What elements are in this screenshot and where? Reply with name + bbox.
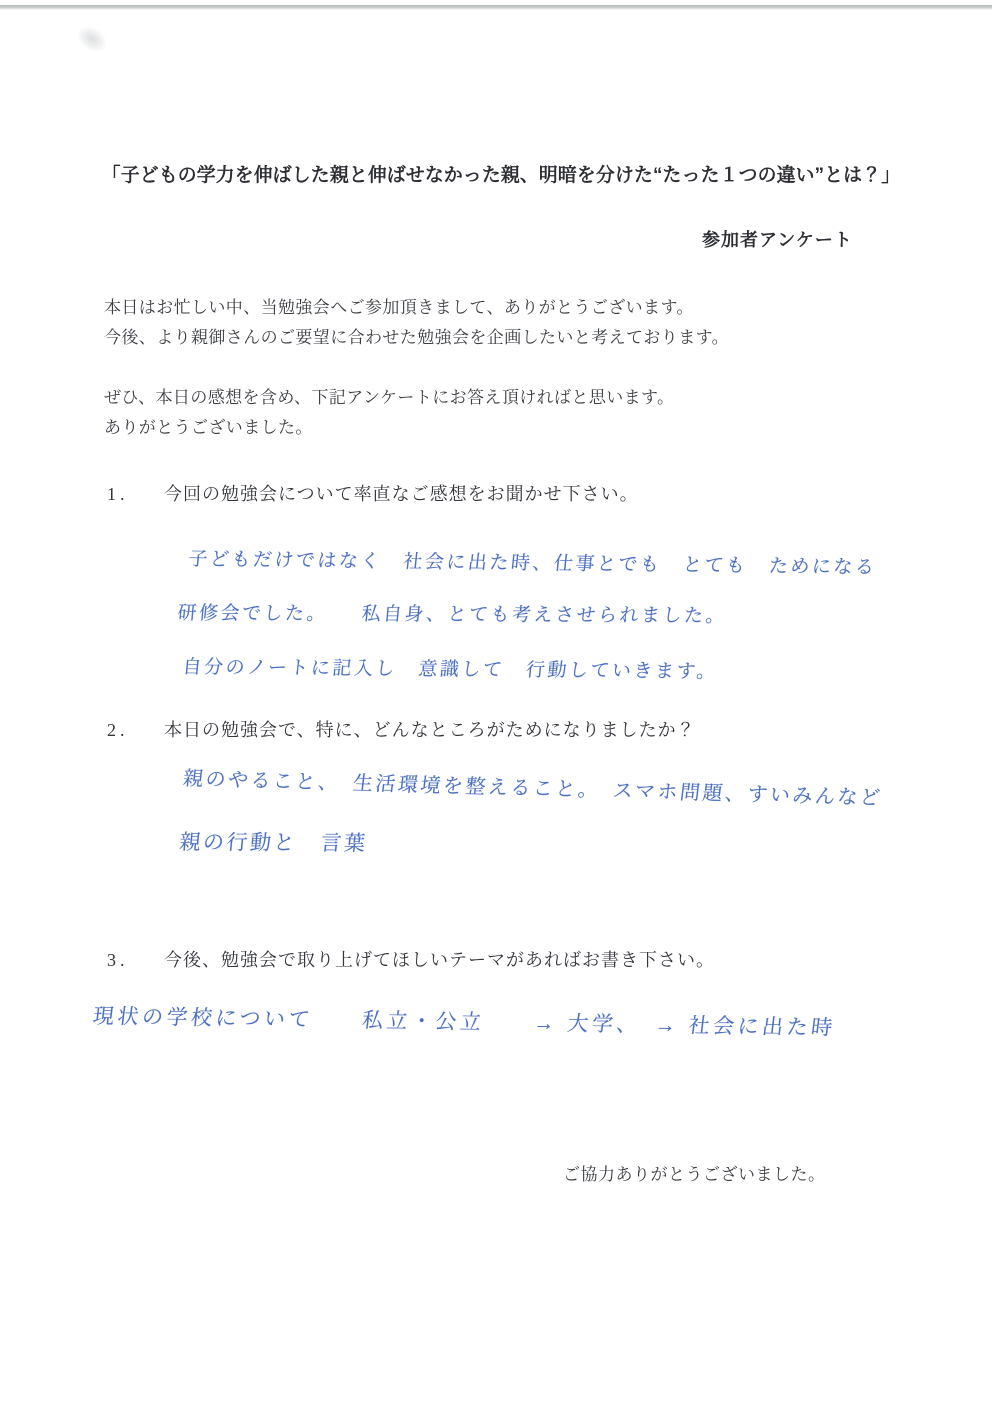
- question-3-number: 3.: [107, 950, 164, 971]
- page-title: 「子どもの学力を伸ばした親と伸ばせなかった親、明暗を分けた“たった１つの違い”と…: [100, 160, 902, 187]
- question-1: 1.今回の勉強会について率直なご感想をお聞かせ下さい。: [107, 480, 907, 506]
- handwritten-answer-q1-line3: 自分のノートに記入し 意識して 行動していきます。: [181, 652, 719, 684]
- question-2-text: 本日の勉強会で、特に、どんなところがためになりましたか？: [164, 720, 696, 740]
- intro-line-3: ぜひ、本日の感想を含め、下記アンケートにお答え頂ければと思います。: [104, 388, 674, 407]
- scanner-edge-artifact: [0, 5, 992, 10]
- handwritten-answer-q1-line1: 子どもだけではなく 社会に出た時、仕事とでも とても ためになる: [187, 544, 878, 579]
- intro-paragraph-2: ぜひ、本日の感想を含め、下記アンケートにお答え頂ければと思います。 ありがとうご…: [104, 383, 674, 443]
- question-2: 2.本日の勉強会で、特に、どんなところがためになりましたか？: [107, 716, 907, 742]
- intro-line-1: 本日はお忙しい中、当勉強会へご参加頂きまして、ありがとうございます。: [104, 298, 694, 317]
- question-1-text: 今回の勉強会について率直なご感想をお聞かせ下さい。: [164, 484, 639, 504]
- question-3-text: 今後、勉強会で取り上げてほしいテーマがあればお書き下さい。: [164, 950, 715, 970]
- scan-smudge: [73, 21, 112, 57]
- intro-line-2: 今後、より親御さんのご要望に合わせた勉強会を企画したいと考えております。: [104, 328, 729, 347]
- scanned-questionnaire-page: 「子どもの学力を伸ばした親と伸ばせなかった親、明暗を分けた“たった１つの違い”と…: [0, 0, 992, 1404]
- question-3: 3.今後、勉強会で取り上げてほしいテーマがあればお書き下さい。: [107, 946, 907, 972]
- handwritten-answer-q1-line2: 研修会でした。 私自身、とても考えさせられました。: [176, 598, 728, 628]
- handwritten-answer-q2-line1: 親のやること、 生活環境を整えること。 スマホ問題、すいみんなど: [182, 762, 885, 810]
- intro-line-4: ありがとうございました。: [104, 418, 313, 437]
- handwritten-answer-q3-line1: 現状の学校について 私立・公立 → 大学、 → 社会に出た時: [91, 1000, 837, 1042]
- question-1-number: 1.: [107, 484, 164, 505]
- question-2-number: 2.: [107, 720, 164, 741]
- intro-paragraph-1: 本日はお忙しい中、当勉強会へご参加頂きまして、ありがとうございます。 今後、より…: [104, 293, 729, 353]
- closing-thanks-text: ご協力ありがとうございました。: [563, 1160, 826, 1185]
- subtitle-participant-survey: 参加者アンケート: [702, 226, 853, 252]
- handwritten-answer-q2-line2: 親の行動と 言葉: [178, 826, 369, 857]
